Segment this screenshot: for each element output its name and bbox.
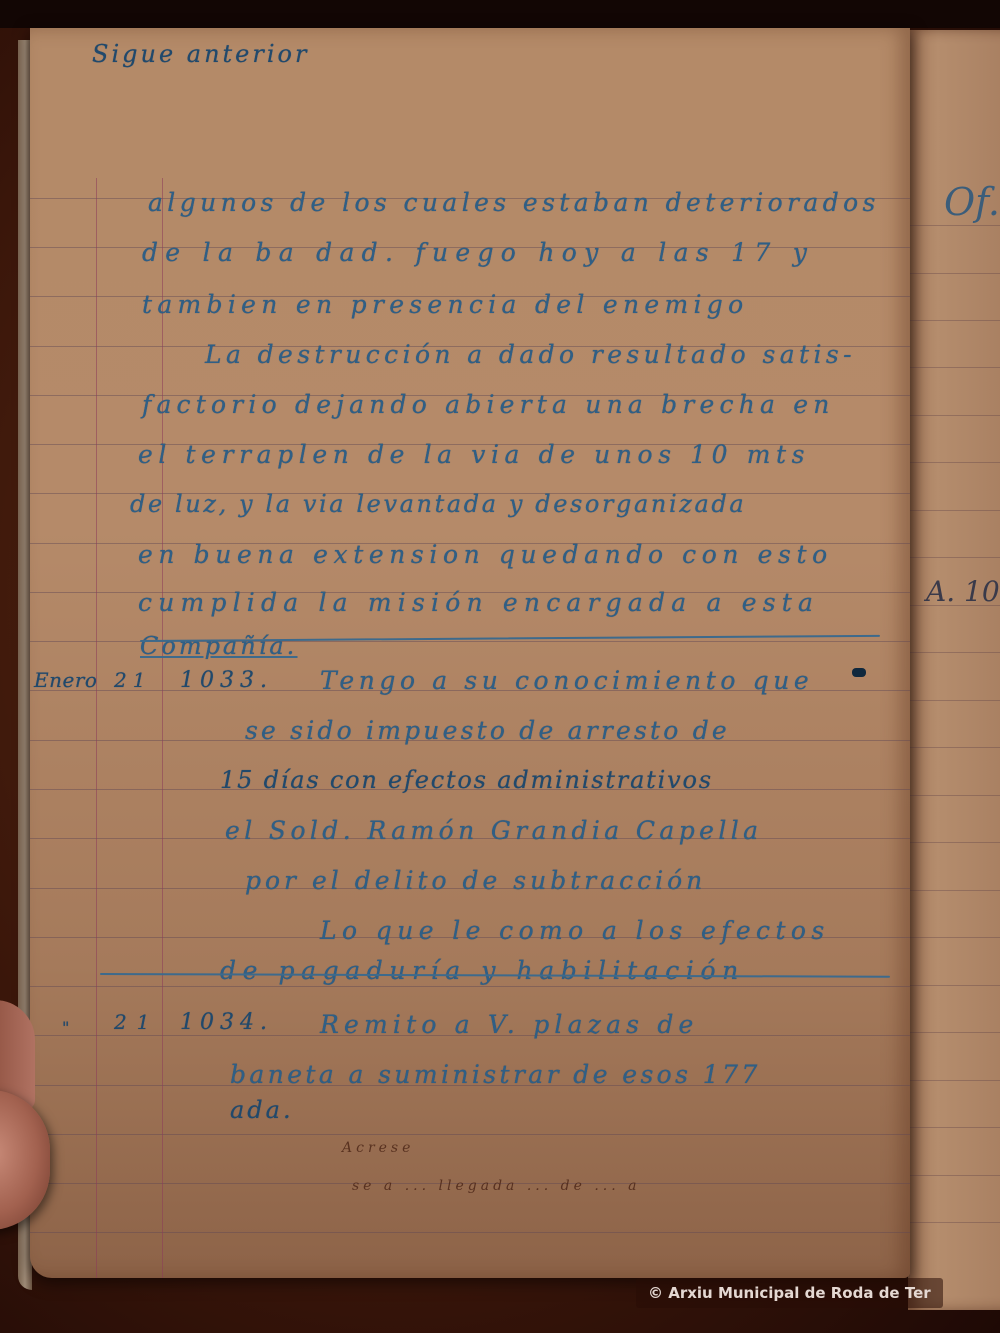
text-line: por el delito de subtracción [245, 866, 706, 895]
text-line: de luz, y la via levantada y desorganiza… [130, 490, 746, 518]
copyright-watermark: © Arxiu Municipal de Roda de Ter [636, 1278, 943, 1308]
text-line: algunos de los cuales estaban deteriorad… [148, 188, 880, 217]
text-line: el terraplen de la via de unos 10 mts [138, 440, 810, 469]
facing-page-mark-2: A. 10 [926, 575, 1000, 608]
top-shadow [0, 0, 1000, 28]
notebook-page: Sigue anterior algunos de los cuales est… [30, 28, 910, 1278]
text-line: Compañía. [140, 632, 297, 660]
facing-page-mark-1: Of. [944, 180, 1000, 224]
entry-month: " [62, 1018, 72, 1037]
text-line: factorio dejando abierta una brecha en [142, 390, 835, 419]
entry-number: 1033. [180, 668, 273, 693]
text-line: Lo que le como a los efectos [320, 916, 830, 945]
margin-line-right [162, 178, 163, 1278]
text-line: baneta a suministrar de esos 177 [230, 1060, 761, 1089]
text-line: cumplida la misión encargada a esta [138, 588, 819, 617]
text-line: ada. [230, 1096, 294, 1124]
entry-day: 21 [114, 1010, 159, 1034]
text-line: Remito a V. plazas de [320, 1010, 699, 1039]
facing-page: Of. A. 10 [908, 30, 1000, 1310]
margin-line-left [96, 178, 97, 1278]
text-line: Tengo a su conocimiento que [320, 666, 813, 695]
text-line: La destrucción a dado resultado satis- [205, 340, 856, 369]
text-line: de pagaduría y habilitación [220, 956, 745, 985]
text-line: de la ba dad. fuego hoy a las 17 y [142, 238, 814, 267]
page-header: Sigue anterior [92, 40, 309, 68]
entry-month: Enero [34, 668, 97, 692]
bleedthrough-line: Acrese [342, 1140, 414, 1156]
bleedthrough-line: se a ... llegada ... de ... a [352, 1178, 640, 1194]
entry-number: 1034. [180, 1010, 273, 1035]
text-line: tambien en presencia del enemigo [142, 290, 748, 319]
text-line: 15 días con efectos administrativos [220, 766, 713, 794]
ink-blot [852, 668, 866, 677]
text-line: se sido impuesto de arresto de [245, 716, 730, 745]
text-line: en buena extension quedando con esto [138, 540, 833, 569]
text-line: el Sold. Ramón Grandia Capella [225, 816, 762, 845]
entry-day: 21 [114, 668, 151, 692]
